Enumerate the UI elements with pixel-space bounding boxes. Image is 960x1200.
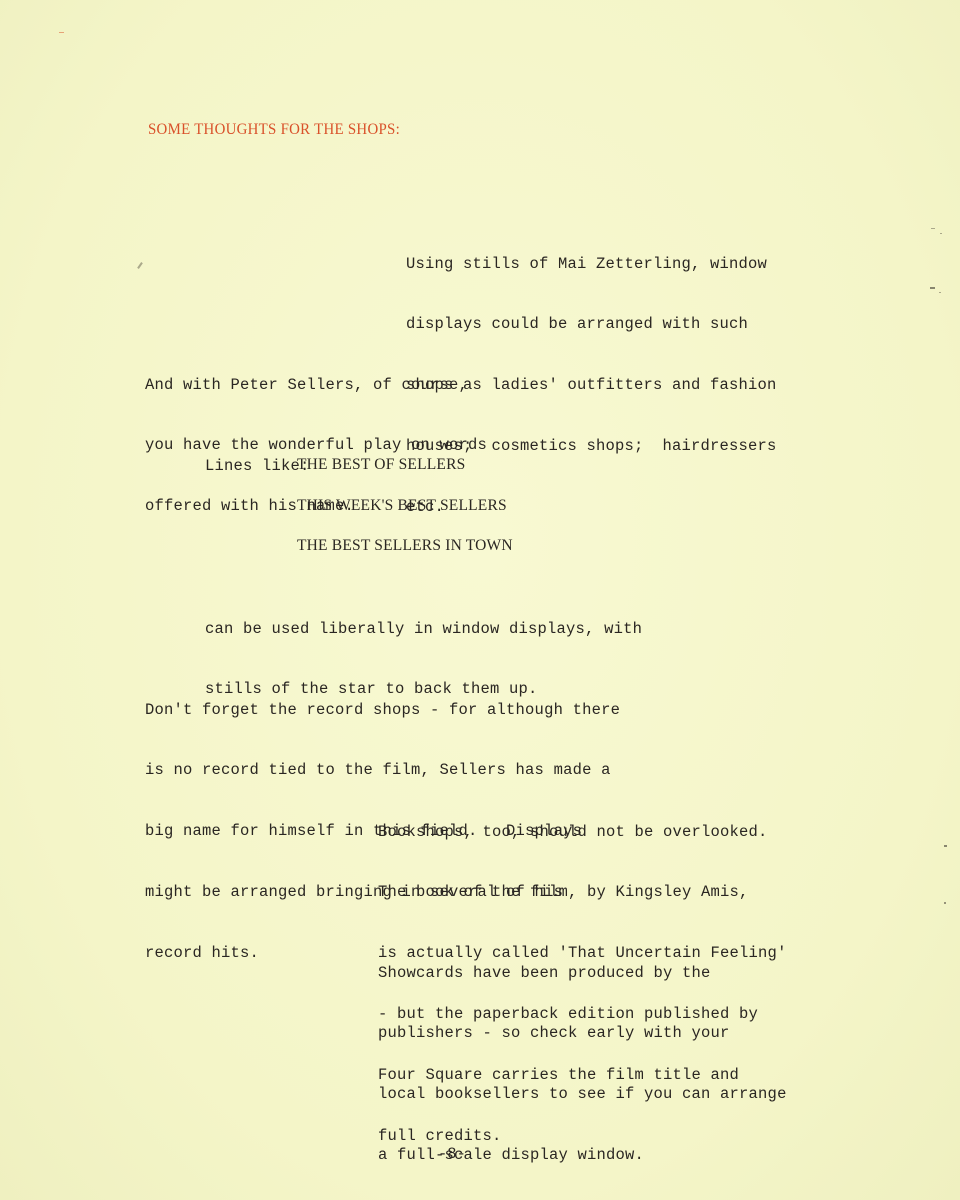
scan-speck: [774, 445, 775, 449]
scan-speck: [944, 902, 946, 904]
text-line: local booksellers to see if you can arra…: [378, 1084, 787, 1104]
scan-speck: [939, 292, 941, 293]
text-line: Bookshops, too, should not be overlooked…: [378, 822, 787, 842]
text-line: Lines like:: [205, 456, 310, 476]
text-line: And with Peter Sellers, of course,: [145, 375, 487, 395]
scan-speck: [931, 228, 935, 229]
text-line: The book of the film, by Kingsley Amis,: [378, 882, 787, 902]
text-line: Using stills of Mai Zetterling, window: [406, 254, 777, 274]
document-page: SOME THOUGHTS FOR THE SHOPS: Using still…: [0, 0, 960, 1200]
section-heading: SOME THOUGHTS FOR THE SHOPS:: [148, 121, 400, 139]
scan-speck: [930, 287, 935, 289]
page-number: -8-: [438, 1145, 466, 1163]
scan-speck: [940, 233, 942, 234]
scan-speck: [59, 32, 64, 33]
text-line: Showcards have been produced by the: [378, 963, 787, 983]
slogan-best-of-sellers: THE BEST OF SELLERS: [297, 456, 465, 474]
text-line: you have the wonderful play on words: [145, 435, 487, 455]
text-line: Don't forget the record shops - for alth…: [145, 700, 620, 720]
text-line: publishers - so check early with your: [378, 1023, 787, 1043]
text-line: displays could be arranged with such: [406, 314, 777, 334]
paragraph-sellers: And with Peter Sellers, of course, you h…: [145, 334, 487, 557]
scan-speck: [944, 845, 947, 847]
lines-like-label: Lines like:: [205, 415, 310, 516]
slogan-this-weeks-best-sellers: THIS WEEK'S BEST SELLERS: [297, 497, 507, 515]
text-line: can be used liberally in window displays…: [205, 619, 642, 639]
pencil-mark: [137, 262, 143, 269]
slogan-best-sellers-in-town: THE BEST SELLERS IN TOWN: [297, 537, 513, 555]
text-line: is no record tied to the film, Sellers h…: [145, 760, 620, 780]
